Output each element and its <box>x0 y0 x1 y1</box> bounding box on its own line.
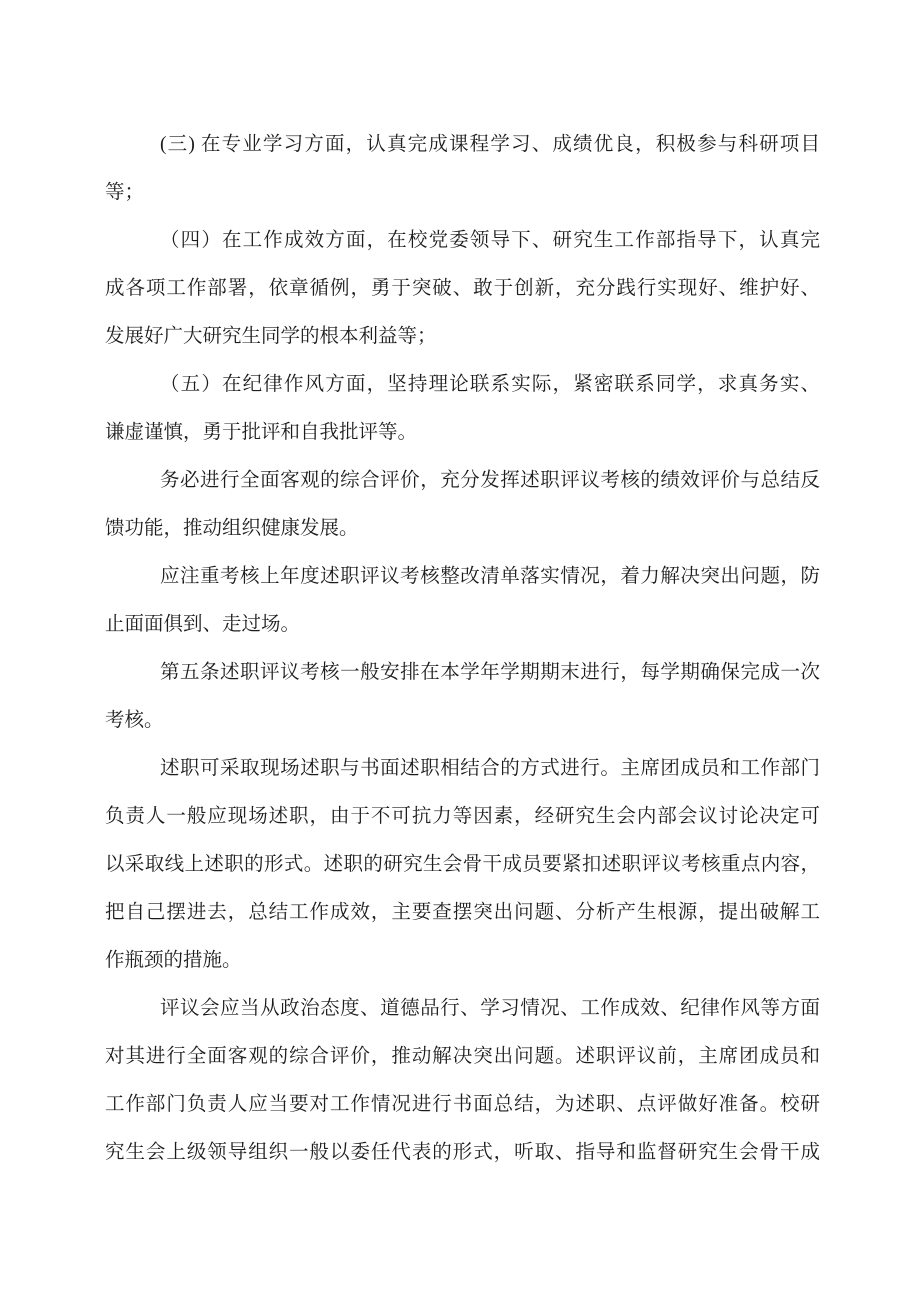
paragraph: 应注重考核上年度述职评议考核整改清单落实情况，着力解决突出问题，防止面面俱到、走… <box>105 553 820 649</box>
text-line: 工作部门负责人应当要对工作情况进行书面总结，为述职、点评做好准备。校研 <box>105 1081 820 1129</box>
text-line: 负责人一般应现场述职，由于不可抗力等因素，经研究生会内部会议讨论决定可 <box>105 793 820 841</box>
text-line: (三) 在专业学习方面，认真完成课程学习、成绩优良，积极参与科研项目 <box>105 121 820 169</box>
paragraph: 务必进行全面客观的综合评价，充分发挥述职评议考核的绩效评价与总结反馈功能，推动组… <box>105 457 820 553</box>
text-line: 务必进行全面客观的综合评价，充分发挥述职评议考核的绩效评价与总结反 <box>105 457 820 505</box>
text-line: 作瓶颈的措施。 <box>105 937 820 985</box>
text-line: 把自己摆进去，总结工作成效，主要查摆突出问题、分析产生根源，提出破解工 <box>105 889 820 937</box>
text-line: 谦虚谨慎，勇于批评和自我批评等。 <box>105 409 820 457</box>
text-line: 止面面俱到、走过场。 <box>105 601 820 649</box>
text-line: 应注重考核上年度述职评议考核整改清单落实情况，着力解决突出问题，防 <box>105 553 820 601</box>
text-line: 发展好广大研究生同学的根本利益等； <box>105 313 820 361</box>
text-line: 考核。 <box>105 697 820 745</box>
paragraph: 第五条述职评议考核一般安排在本学年学期期末进行，每学期确保完成一次考核。 <box>105 649 820 745</box>
text-line: 以采取线上述职的形式。述职的研究生会骨干成员要紧扣述职评议考核重点内容， <box>105 841 820 889</box>
text-line: 述职可采取现场述职与书面述职相结合的方式进行。主席团成员和工作部门 <box>105 745 820 793</box>
paragraph: (三) 在专业学习方面，认真完成课程学习、成绩优良，积极参与科研项目等； <box>105 121 820 217</box>
document-body: (三) 在专业学习方面，认真完成课程学习、成绩优良，积极参与科研项目等；（四）在… <box>105 121 820 1177</box>
text-line: 馈功能，推动组织健康发展。 <box>105 505 820 553</box>
text-line: 成各项工作部署，依章循例，勇于突破、敢于创新，充分践行实现好、维护好、 <box>105 265 820 313</box>
text-line: 对其进行全面客观的综合评价，推动解决突出问题。述职评议前，主席团成员和 <box>105 1033 820 1081</box>
paragraph: （五）在纪律作风方面，坚持理论联系实际，紧密联系同学，求真务实、谦虚谨慎，勇于批… <box>105 361 820 457</box>
text-line: （四）在工作成效方面，在校党委领导下、研究生工作部指导下，认真完 <box>105 217 820 265</box>
paragraph: 评议会应当从政治态度、道德品行、学习情况、工作成效、纪律作风等方面对其进行全面客… <box>105 985 820 1177</box>
text-line: 究生会上级领导组织一般以委任代表的形式，听取、指导和监督研究生会骨干成 <box>105 1129 820 1177</box>
text-line: （五）在纪律作风方面，坚持理论联系实际，紧密联系同学，求真务实、 <box>105 361 820 409</box>
text-line: 等； <box>105 169 820 217</box>
text-line: 评议会应当从政治态度、道德品行、学习情况、工作成效、纪律作风等方面 <box>105 985 820 1033</box>
paragraph: 述职可采取现场述职与书面述职相结合的方式进行。主席团成员和工作部门负责人一般应现… <box>105 745 820 985</box>
text-line: 第五条述职评议考核一般安排在本学年学期期末进行，每学期确保完成一次 <box>105 649 820 697</box>
paragraph: （四）在工作成效方面，在校党委领导下、研究生工作部指导下，认真完成各项工作部署，… <box>105 217 820 361</box>
document-page: (三) 在专业学习方面，认真完成课程学习、成绩优良，积极参与科研项目等；（四）在… <box>0 0 920 1301</box>
